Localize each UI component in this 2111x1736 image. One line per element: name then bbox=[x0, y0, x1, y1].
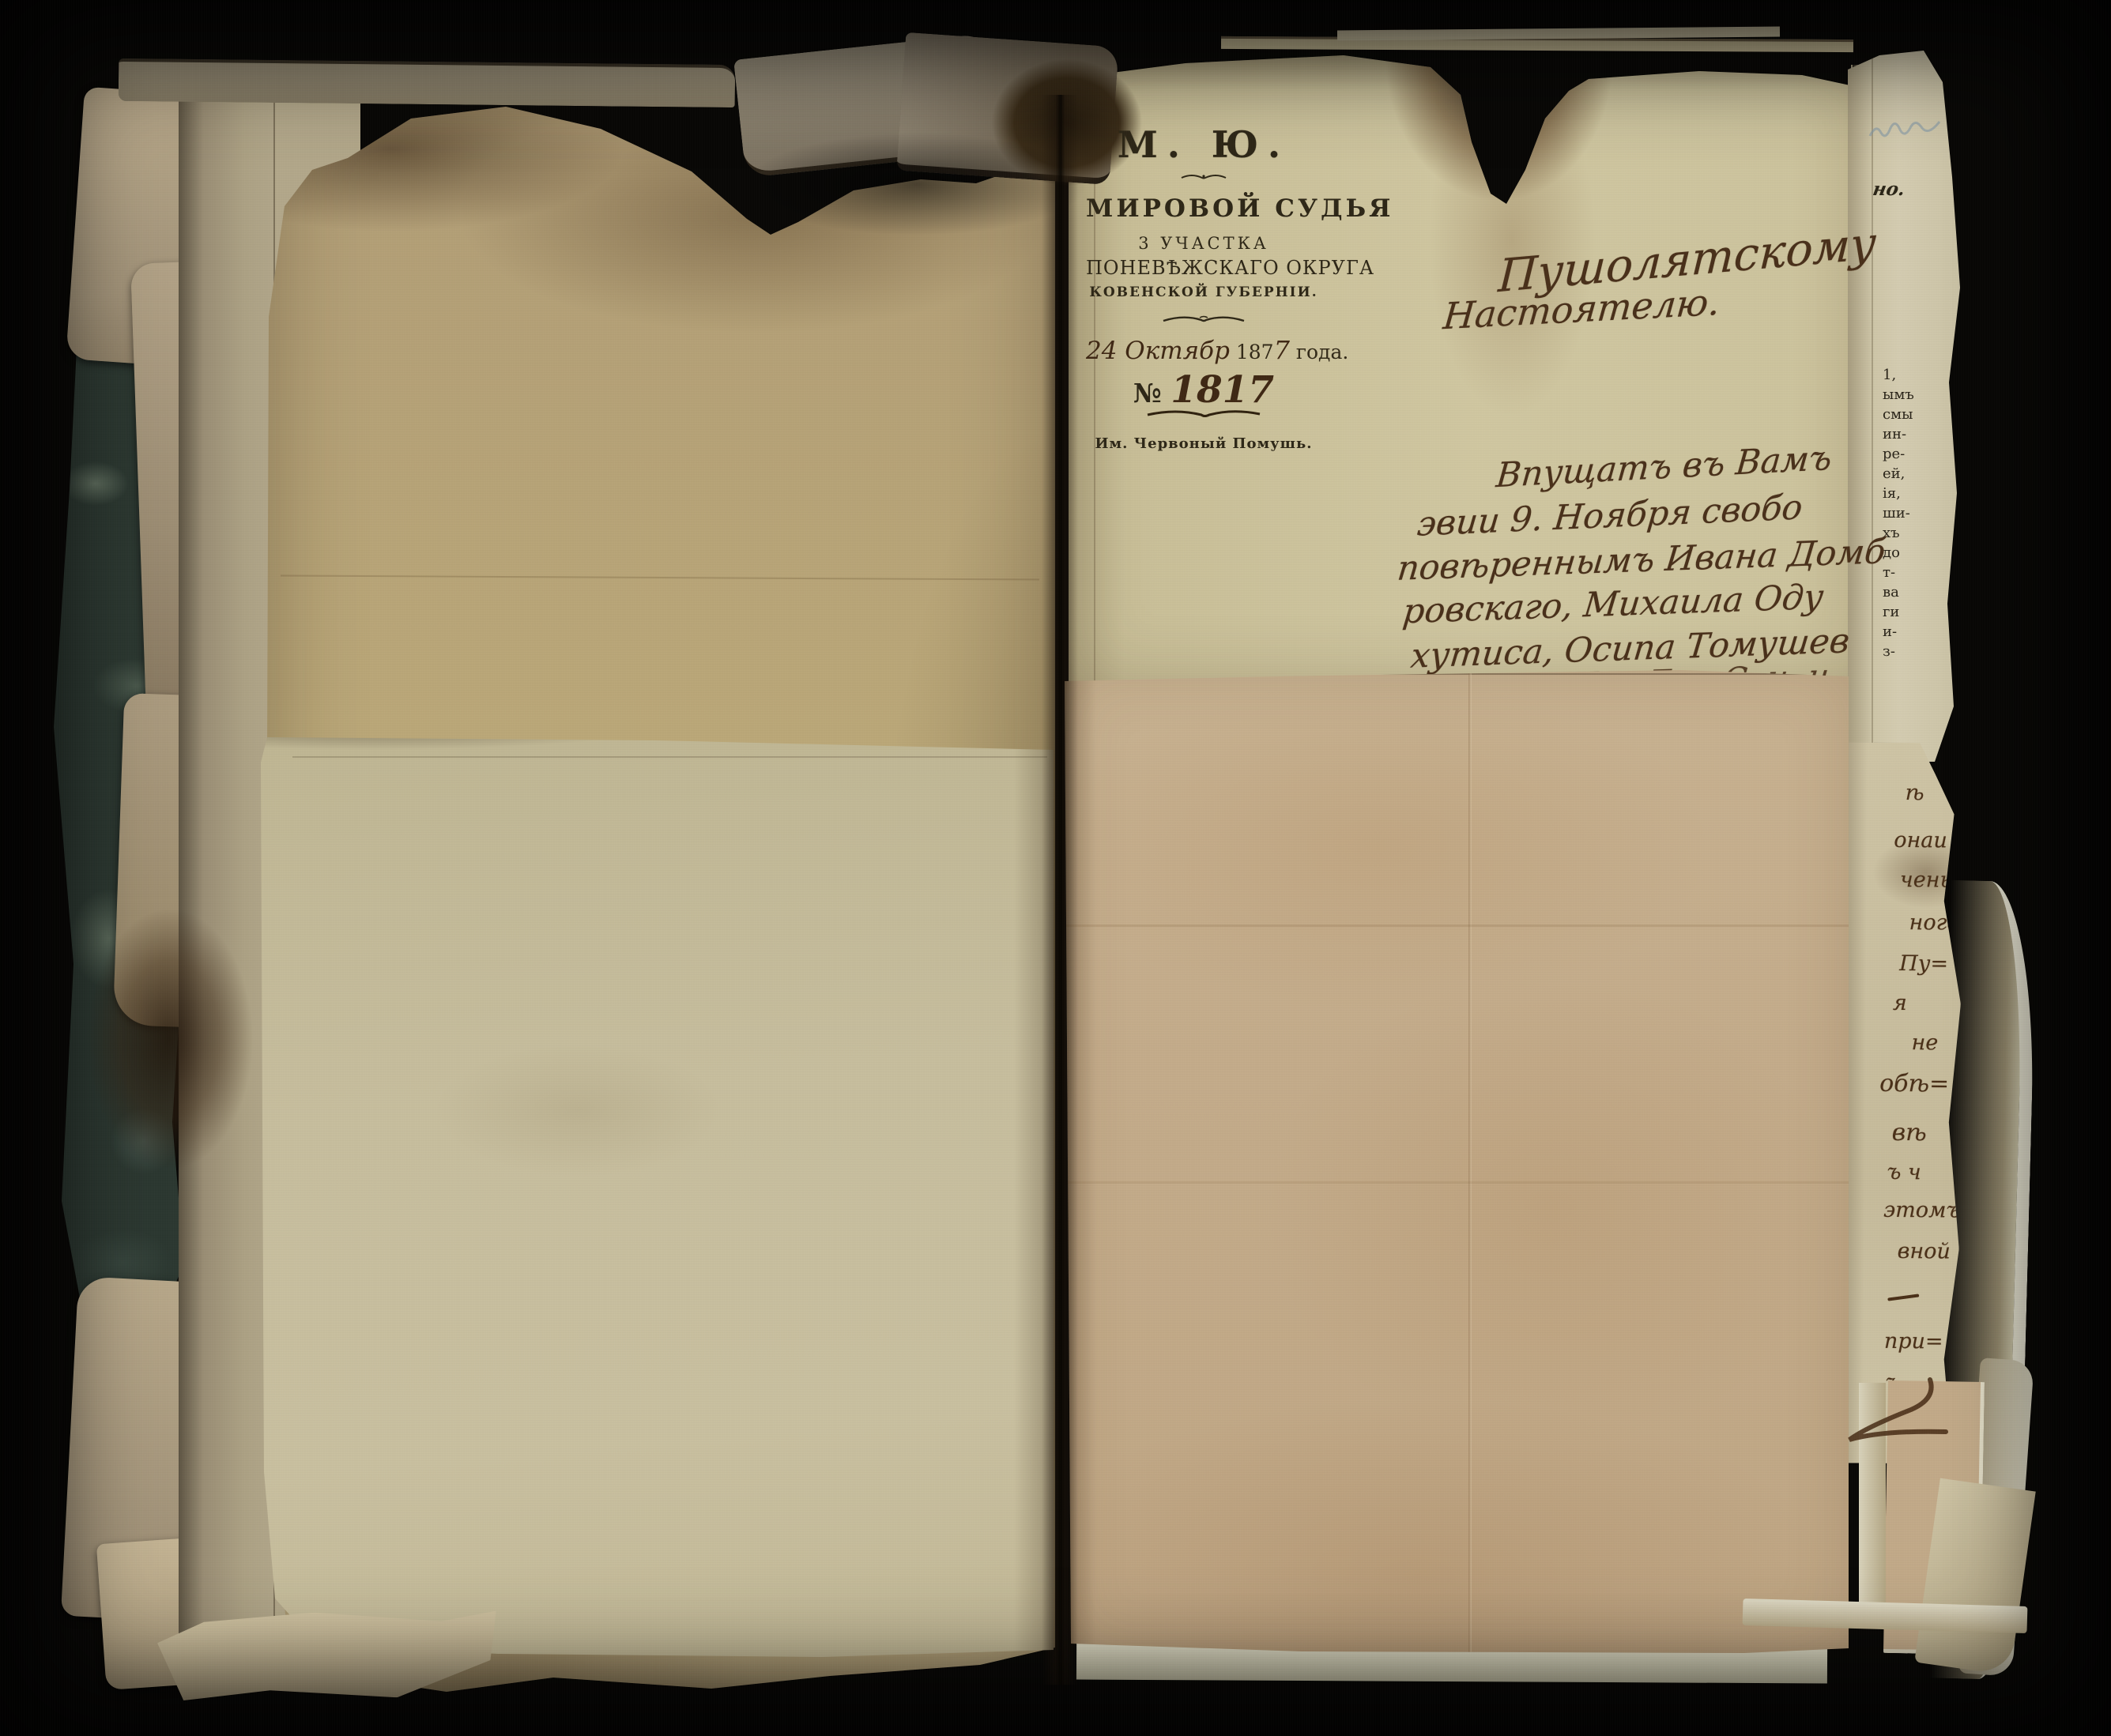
printed-fragment: ре- bbox=[1883, 444, 1946, 464]
book-gutter-shadow bbox=[1042, 95, 1078, 1685]
printed-fragment: 1, bbox=[1883, 365, 1946, 385]
printed-fragment: смы bbox=[1883, 405, 1946, 424]
printed-fragment: но. bbox=[1872, 179, 1907, 200]
handwritten-fragment: я bbox=[1893, 991, 1907, 1015]
printed-fragment: ымъ bbox=[1883, 385, 1946, 405]
printed-fragment: з- bbox=[1883, 642, 1946, 661]
water-stain bbox=[87, 909, 253, 1169]
printed-year-prefix: 187 bbox=[1236, 341, 1274, 363]
printed-fragment: и- bbox=[1883, 622, 1946, 642]
handwritten-fragment: онаи bbox=[1894, 828, 1947, 853]
handwritten-fragment: ѣ bbox=[1906, 781, 1924, 805]
page-edge-strip bbox=[119, 58, 736, 107]
torn-handwritten-page-edge: ѣ онаи чень ного Пу= я не обѣ= вѣ ъ ч эт… bbox=[1839, 742, 1962, 1463]
province-line: КОВЕНСКОЙ ГУБЕРНІИ. bbox=[1086, 284, 1321, 300]
printed-fragment: т- bbox=[1883, 563, 1946, 582]
printed-fragment: ва bbox=[1883, 582, 1946, 602]
printed-fragment: ей, bbox=[1883, 464, 1946, 484]
horizontal-crease bbox=[281, 574, 1039, 580]
folded-printed-page-edge: но. 1, ымъ смы ин- ре- ей, ія, ши- хъ до… bbox=[1848, 51, 1960, 762]
printed-fragment: хъ bbox=[1883, 523, 1946, 543]
printed-fragment: ія, bbox=[1883, 484, 1946, 503]
vertical-crease bbox=[1468, 668, 1472, 1655]
handwritten-fragment: ъ ч bbox=[1887, 1160, 1921, 1184]
printed-fragment: ги bbox=[1883, 602, 1946, 622]
ornament-flourish-icon bbox=[1086, 171, 1321, 183]
right-loose-sheet bbox=[1065, 668, 1849, 1655]
handwritten-fragment: при= bbox=[1884, 1329, 1943, 1354]
printed-fragment: до bbox=[1883, 543, 1946, 563]
handwritten-year-digit: 7 bbox=[1274, 335, 1290, 365]
handwritten-fragment: не bbox=[1911, 1030, 1938, 1055]
date-line: 24 Октябр 1877 года. bbox=[1086, 335, 1321, 365]
sheet-edge-line bbox=[292, 756, 1047, 758]
court-title: МИРОВОЙ СУДЬЯ bbox=[1086, 194, 1321, 223]
handwritten-fragment: этомъ bbox=[1883, 1198, 1961, 1223]
handwritten-dash-stroke bbox=[1887, 1294, 1919, 1301]
estate-line: Им. Червоный Помушь. bbox=[1086, 435, 1321, 452]
handwritten-fragment: вной bbox=[1898, 1239, 1951, 1263]
printed-letterhead: М. Ю. МИРОВОЙ СУДЬЯ 3 УЧАСТКА ПОНЕВѢЖСКА… bbox=[1086, 123, 1321, 452]
horizontal-crease bbox=[1065, 924, 1849, 927]
horizontal-crease bbox=[1065, 1181, 1849, 1184]
handwritten-day-month: 24 Октябр bbox=[1086, 337, 1230, 365]
ornament-flourish-icon bbox=[1086, 313, 1321, 327]
precinct-line: 3 УЧАСТКА bbox=[1086, 234, 1321, 253]
printed-fragment-column: 1, ымъ смы ин- ре- ей, ія, ши- хъ до т- … bbox=[1883, 365, 1946, 661]
page-edge-band bbox=[179, 76, 275, 1678]
left-loose-sheet bbox=[261, 715, 1054, 1657]
handwritten-fragment: чень bbox=[1900, 868, 1951, 892]
printed-fragment: ин- bbox=[1883, 424, 1946, 444]
handwritten-fragment: обѣ= bbox=[1879, 1070, 1949, 1098]
handwritten-fragment: Пу= bbox=[1899, 951, 1948, 976]
district-line: ПОНЕВѢЖСКАГО ОКРУГА bbox=[1086, 257, 1321, 279]
ornament-underline-icon bbox=[1086, 407, 1321, 424]
fold-line bbox=[1872, 51, 1873, 762]
numero-sign: № bbox=[1133, 378, 1162, 409]
printed-fragment: ши- bbox=[1883, 503, 1946, 523]
ministry-abbreviation: М. Ю. bbox=[1086, 123, 1321, 166]
handwritten-fragment: вѣ bbox=[1892, 1119, 1927, 1147]
handwritten-case-number: 1817 bbox=[1170, 368, 1274, 412]
printed-year-suffix: года. bbox=[1296, 341, 1348, 363]
archival-book-scan: М. Ю. МИРОВОЙ СУДЬЯ 3 УЧАСТКА ПОНЕВѢЖСКА… bbox=[0, 0, 2111, 1736]
case-number-line: № 1817 bbox=[1086, 368, 1321, 412]
shadow bbox=[747, 133, 1087, 235]
